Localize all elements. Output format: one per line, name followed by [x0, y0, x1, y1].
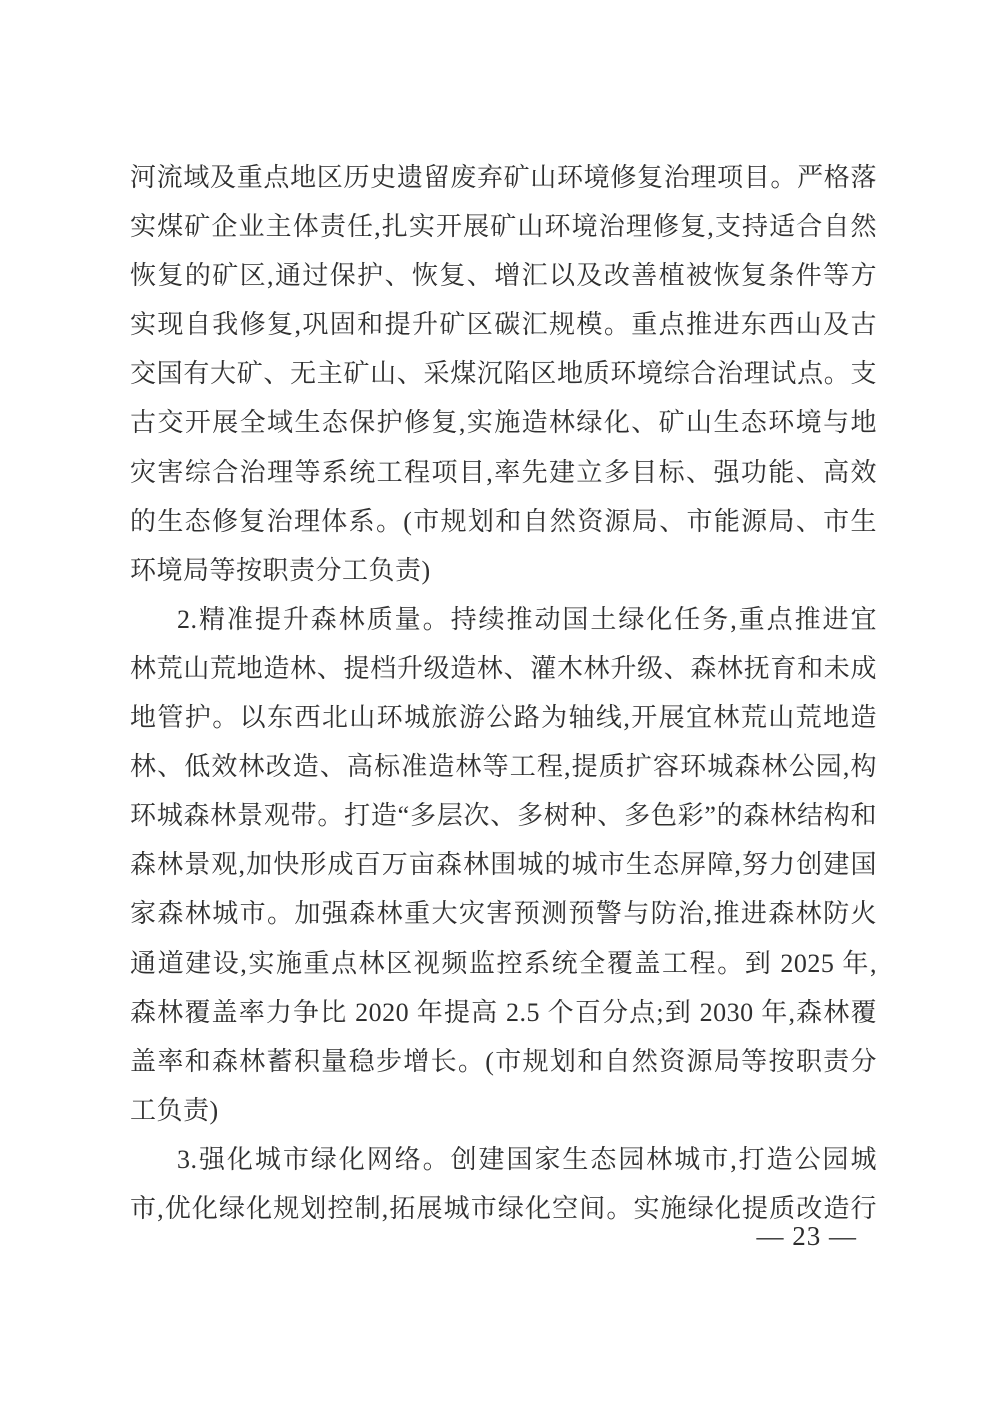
text-line: 灾害综合治理等系统工程项目,率先建立多目标、强功能、高效益	[130, 448, 877, 497]
text-line: 工负责)	[130, 1086, 877, 1135]
text-line: 林、低效林改造、高标准造林等工程,提质扩容环城森林公园,构建	[130, 742, 877, 791]
text-line: 恢复的矿区,通过保护、恢复、增汇以及改善植被恢复条件等方式,	[130, 251, 877, 300]
text-line: 森林覆盖率力争比 2020 年提高 2.5 个百分点;到 2030 年,森林覆	[130, 988, 877, 1037]
document-body: 河流域及重点地区历史遗留废弃矿山环境修复治理项目。严格落实煤矿企业主体责任,扎实…	[130, 153, 877, 1233]
text-line: 环城森林景观带。打造“多层次、多树种、多色彩”的森林结构和	[130, 791, 877, 840]
text-line: 林荒山荒地造林、提档升级造林、灌木林升级、森林抚育和未成林	[130, 644, 877, 693]
text-line: 交国有大矿、无主矿山、采煤沉陷区地质环境综合治理试点。支持	[130, 349, 877, 398]
text-line: 通道建设,实施重点林区视频监控系统全覆盖工程。到 2025 年,	[130, 939, 877, 988]
text-line: 3.强化城市绿化网络。创建国家生态园林城市,打造公园城	[130, 1135, 877, 1184]
text-line: 盖率和森林蓄积量稳步增长。(市规划和自然资源局等按职责分	[130, 1037, 877, 1086]
text-line: 的生态修复治理体系。(市规划和自然资源局、市能源局、市生态	[130, 497, 877, 546]
text-line: 2.精准提升森林质量。持续推动国土绿化任务,重点推进宜	[130, 595, 877, 644]
text-line: 森林景观,加快形成百万亩森林围城的城市生态屏障,努力创建国	[130, 840, 877, 889]
text-line: 河流域及重点地区历史遗留废弃矿山环境修复治理项目。严格落	[130, 153, 877, 202]
page-number: — 23 —	[757, 1221, 858, 1251]
text-line: 古交开展全域生态保护修复,实施造林绿化、矿山生态环境与地质	[130, 398, 877, 447]
text-line: 实现自我修复,巩固和提升矿区碳汇规模。重点推进东西山及古	[130, 300, 877, 349]
text-line: 实煤矿企业主体责任,扎实开展矿山环境治理修复,支持适合自然	[130, 202, 877, 251]
document-page: 河流域及重点地区历史遗留废弃矿山环境修复治理项目。严格落实煤矿企业主体责任,扎实…	[0, 0, 1000, 1415]
page-footer: — 23 —	[757, 1221, 858, 1251]
text-line: 地管护。以东西北山环城旅游公路为轴线,开展宜林荒山荒地造	[130, 693, 877, 742]
text-line: 家森林城市。加强森林重大灾害预测预警与防治,推进森林防火	[130, 889, 877, 938]
text-line: 环境局等按职责分工负责)	[130, 546, 877, 595]
